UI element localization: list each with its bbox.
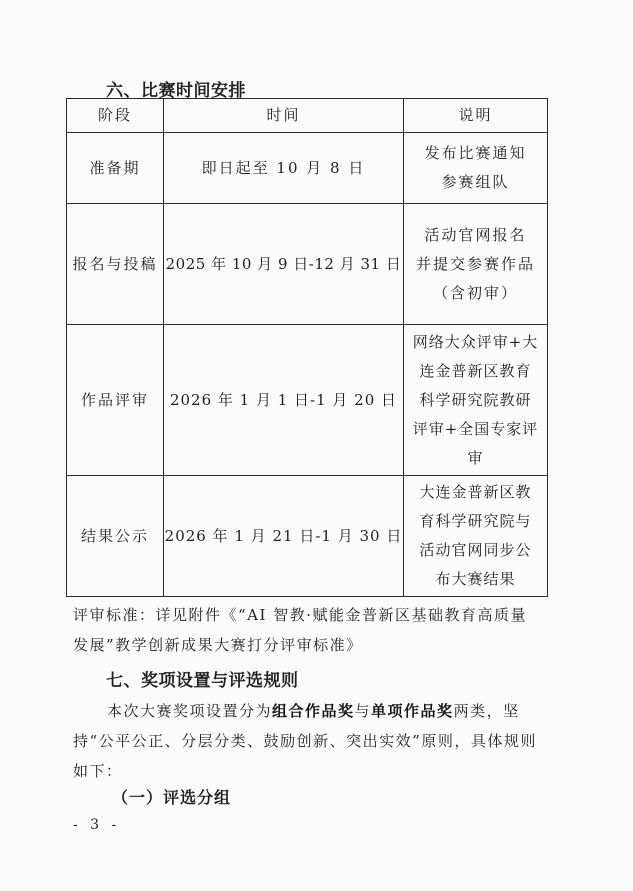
awards-paragraph: 本次大赛奖项设置分为组合作品奖与单项作品奖两类，坚持“公平公正、分层分类、鼓励创… — [73, 696, 543, 786]
time-cell: 2025 年 10 月 9 日-12 月 31 日 — [164, 204, 404, 325]
awards-bold-combo: 组合作品奖 — [272, 702, 355, 720]
criteria-note-line1: 评审标准：详见附件《“AI 智教·赋能金普新区基础教育高质量 — [73, 600, 543, 630]
description-line: 审 — [404, 444, 547, 473]
table-row: 准备期 即日起至 10 月 8 日 发布比赛通知 参赛组队 — [67, 133, 548, 204]
description-cell: 大连金普新区教 育科学研究院与 活动官网同步公 布大赛结果 — [404, 476, 548, 597]
description-line: （含初审） — [404, 279, 547, 308]
description-line: 发布比赛通知 — [404, 139, 547, 168]
page-number: - 3 - — [73, 817, 120, 833]
awards-text-mid: 与 — [355, 702, 372, 720]
header-stage: 阶段 — [67, 99, 164, 133]
description-line: 连金普新区教育 — [404, 357, 547, 386]
criteria-note: 评审标准：详见附件《“AI 智教·赋能金普新区基础教育高质量 发展”教学创新成果… — [73, 600, 543, 660]
description-line: 并提交参赛作品 — [404, 250, 547, 279]
awards-text-pre: 本次大赛奖项设置分为 — [107, 702, 272, 720]
description-line: 大连金普新区教 — [404, 478, 547, 507]
stage-cell: 报名与投稿 — [67, 204, 164, 325]
criteria-note-line2: 发展”教学创新成果大赛打分评审标准》 — [73, 630, 543, 660]
awards-bold-single: 单项作品奖 — [371, 702, 454, 720]
section-heading-awards: 七、奖项设置与评选规则 — [106, 666, 299, 691]
description-line: 活动官网报名 — [404, 221, 547, 250]
table-row: 作品评审 2026 年 1 月 1 日-1 月 20 日 网络大众评审+大 连金… — [67, 325, 548, 476]
header-description: 说明 — [404, 99, 548, 133]
time-cell: 2026 年 1 月 1 日-1 月 20 日 — [164, 325, 404, 476]
subsection-heading-grouping: （一）评选分组 — [112, 785, 231, 808]
table-row: 结果公示 2026 年 1 月 21 日-1 月 30 日 大连金普新区教 育科… — [67, 476, 548, 597]
stage-cell: 作品评审 — [67, 325, 164, 476]
schedule-table: 阶段 时间 说明 准备期 即日起至 10 月 8 日 发布比赛通知 参赛组队 报… — [66, 98, 548, 597]
description-line: 网络大众评审+大 — [404, 328, 547, 357]
description-line: 评审+全国专家评 — [404, 415, 547, 444]
header-time: 时间 — [164, 99, 404, 133]
stage-cell: 结果公示 — [67, 476, 164, 597]
time-cell: 2026 年 1 月 21 日-1 月 30 日 — [164, 476, 404, 597]
table-header-row: 阶段 时间 说明 — [67, 99, 548, 133]
description-line: 布大赛结果 — [404, 565, 547, 594]
description-line: 育科学研究院与 — [404, 507, 547, 536]
time-cell: 即日起至 10 月 8 日 — [164, 133, 404, 204]
description-line: 活动官网同步公 — [404, 536, 547, 565]
description-line: 科学研究院教研 — [404, 386, 547, 415]
description-cell: 网络大众评审+大 连金普新区教育 科学研究院教研 评审+全国专家评 审 — [404, 325, 548, 476]
description-cell: 活动官网报名 并提交参赛作品 （含初审） — [404, 204, 548, 325]
description-line: 参赛组队 — [404, 168, 547, 197]
stage-cell: 准备期 — [67, 133, 164, 204]
table-row: 报名与投稿 2025 年 10 月 9 日-12 月 31 日 活动官网报名 并… — [67, 204, 548, 325]
description-cell: 发布比赛通知 参赛组队 — [404, 133, 548, 204]
